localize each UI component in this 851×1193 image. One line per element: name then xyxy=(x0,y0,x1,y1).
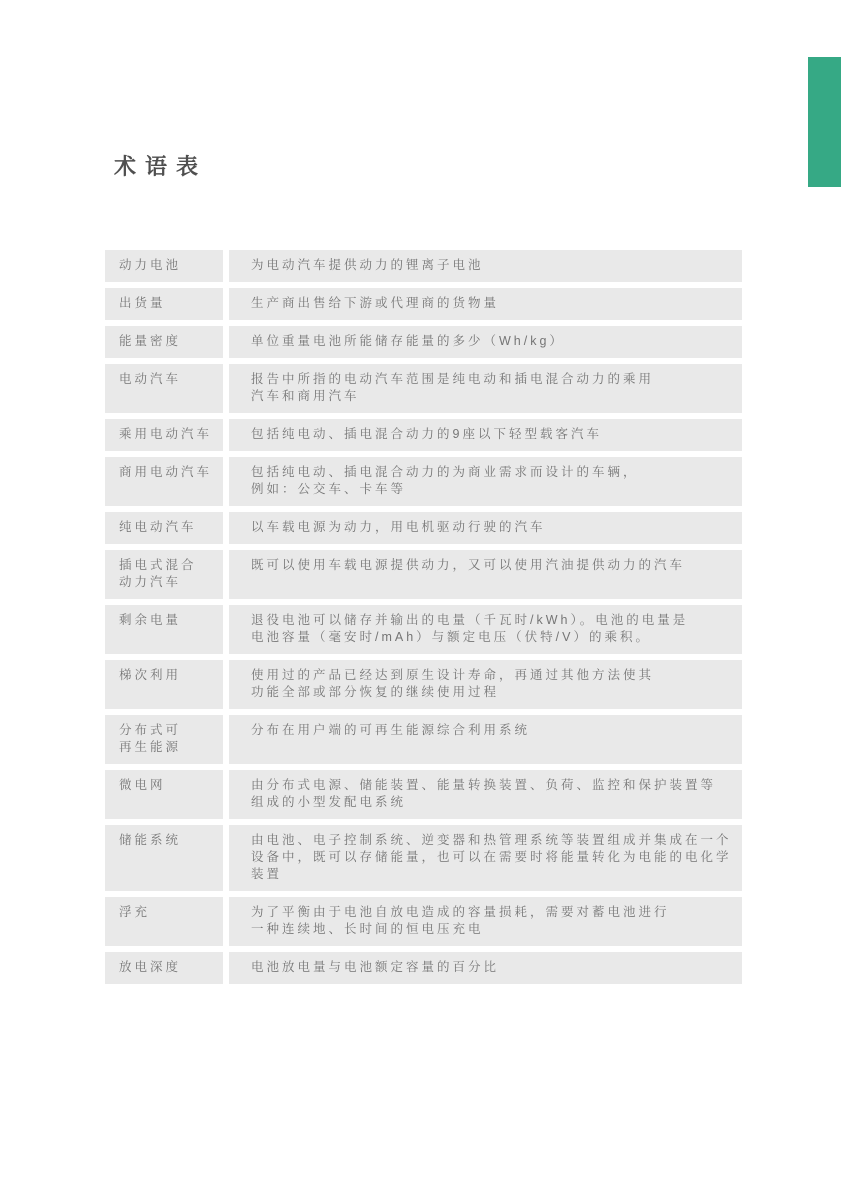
term-cell: 分布式可 再生能源 xyxy=(105,715,223,764)
term-cell: 储能系统 xyxy=(105,825,223,891)
table-row: 浮充为了平衡由于电池自放电造成的容量损耗，需要对蓄电池进行 一种连续地、长时间的… xyxy=(105,897,742,946)
table-row: 剩余电量退役电池可以储存并输出的电量（千瓦时/kWh）。电池的电量是 电池容量（… xyxy=(105,605,742,654)
table-row: 电动汽车报告中所指的电动汽车范围是纯电动和插电混合动力的乘用 汽车和商用汽车 xyxy=(105,364,742,413)
table-row: 储能系统由电池、电子控制系统、逆变器和热管理系统等装置组成并集成在一个 设备中，… xyxy=(105,825,742,891)
term-cell: 纯电动汽车 xyxy=(105,512,223,544)
table-row: 能量密度单位重量电池所能储存能量的多少（Wh/kg） xyxy=(105,326,742,358)
definition-cell: 由分布式电源、储能装置、能量转换装置、负荷、监控和保护装置等 组成的小型发配电系… xyxy=(229,770,742,819)
term-cell: 商用电动汽车 xyxy=(105,457,223,506)
term-cell: 剩余电量 xyxy=(105,605,223,654)
table-row: 插电式混合 动力汽车既可以使用车载电源提供动力，又可以使用汽油提供动力的汽车 xyxy=(105,550,742,599)
definition-cell: 报告中所指的电动汽车范围是纯电动和插电混合动力的乘用 汽车和商用汽车 xyxy=(229,364,742,413)
definition-cell: 分布在用户端的可再生能源综合利用系统 xyxy=(229,715,742,764)
table-row: 梯次利用使用过的产品已经达到原生设计寿命，再通过其他方法使其 功能全部或部分恢复… xyxy=(105,660,742,709)
definition-cell: 既可以使用车载电源提供动力，又可以使用汽油提供动力的汽车 xyxy=(229,550,742,599)
table-row: 商用电动汽车包括纯电动、插电混合动力的为商业需求而设计的车辆， 例如：公交车、卡… xyxy=(105,457,742,506)
definition-cell: 生产商出售给下游或代理商的货物量 xyxy=(229,288,742,320)
table-row: 微电网由分布式电源、储能装置、能量转换装置、负荷、监控和保护装置等 组成的小型发… xyxy=(105,770,742,819)
definition-cell: 包括纯电动、插电混合动力的9座以下轻型载客汽车 xyxy=(229,419,742,451)
term-cell: 能量密度 xyxy=(105,326,223,358)
term-cell: 插电式混合 动力汽车 xyxy=(105,550,223,599)
table-row: 分布式可 再生能源分布在用户端的可再生能源综合利用系统 xyxy=(105,715,742,764)
table-row: 纯电动汽车以车载电源为动力，用电机驱动行驶的汽车 xyxy=(105,512,742,544)
term-cell: 乘用电动汽车 xyxy=(105,419,223,451)
definition-cell: 电池放电量与电池额定容量的百分比 xyxy=(229,952,742,984)
definition-cell: 为电动汽车提供动力的锂离子电池 xyxy=(229,250,742,282)
term-cell: 电动汽车 xyxy=(105,364,223,413)
definition-cell: 为了平衡由于电池自放电造成的容量损耗，需要对蓄电池进行 一种连续地、长时间的恒电… xyxy=(229,897,742,946)
page-title: 术语表 xyxy=(114,150,207,181)
page-edge-accent-bar xyxy=(808,57,841,187)
document-page: 术语表 动力电池为电动汽车提供动力的锂离子电池出货量生产商出售给下游或代理商的货… xyxy=(0,0,851,1193)
term-cell: 梯次利用 xyxy=(105,660,223,709)
table-row: 出货量生产商出售给下游或代理商的货物量 xyxy=(105,288,742,320)
term-cell: 出货量 xyxy=(105,288,223,320)
definition-cell: 由电池、电子控制系统、逆变器和热管理系统等装置组成并集成在一个 设备中，既可以存… xyxy=(229,825,742,891)
definition-cell: 包括纯电动、插电混合动力的为商业需求而设计的车辆， 例如：公交车、卡车等 xyxy=(229,457,742,506)
term-cell: 微电网 xyxy=(105,770,223,819)
definition-cell: 使用过的产品已经达到原生设计寿命，再通过其他方法使其 功能全部或部分恢复的继续使… xyxy=(229,660,742,709)
table-row: 乘用电动汽车包括纯电动、插电混合动力的9座以下轻型载客汽车 xyxy=(105,419,742,451)
term-cell: 浮充 xyxy=(105,897,223,946)
glossary-table: 动力电池为电动汽车提供动力的锂离子电池出货量生产商出售给下游或代理商的货物量能量… xyxy=(105,250,742,990)
definition-cell: 以车载电源为动力，用电机驱动行驶的汽车 xyxy=(229,512,742,544)
definition-cell: 退役电池可以储存并输出的电量（千瓦时/kWh）。电池的电量是 电池容量（毫安时/… xyxy=(229,605,742,654)
definition-cell: 单位重量电池所能储存能量的多少（Wh/kg） xyxy=(229,326,742,358)
table-row: 放电深度电池放电量与电池额定容量的百分比 xyxy=(105,952,742,984)
term-cell: 放电深度 xyxy=(105,952,223,984)
term-cell: 动力电池 xyxy=(105,250,223,282)
table-row: 动力电池为电动汽车提供动力的锂离子电池 xyxy=(105,250,742,282)
